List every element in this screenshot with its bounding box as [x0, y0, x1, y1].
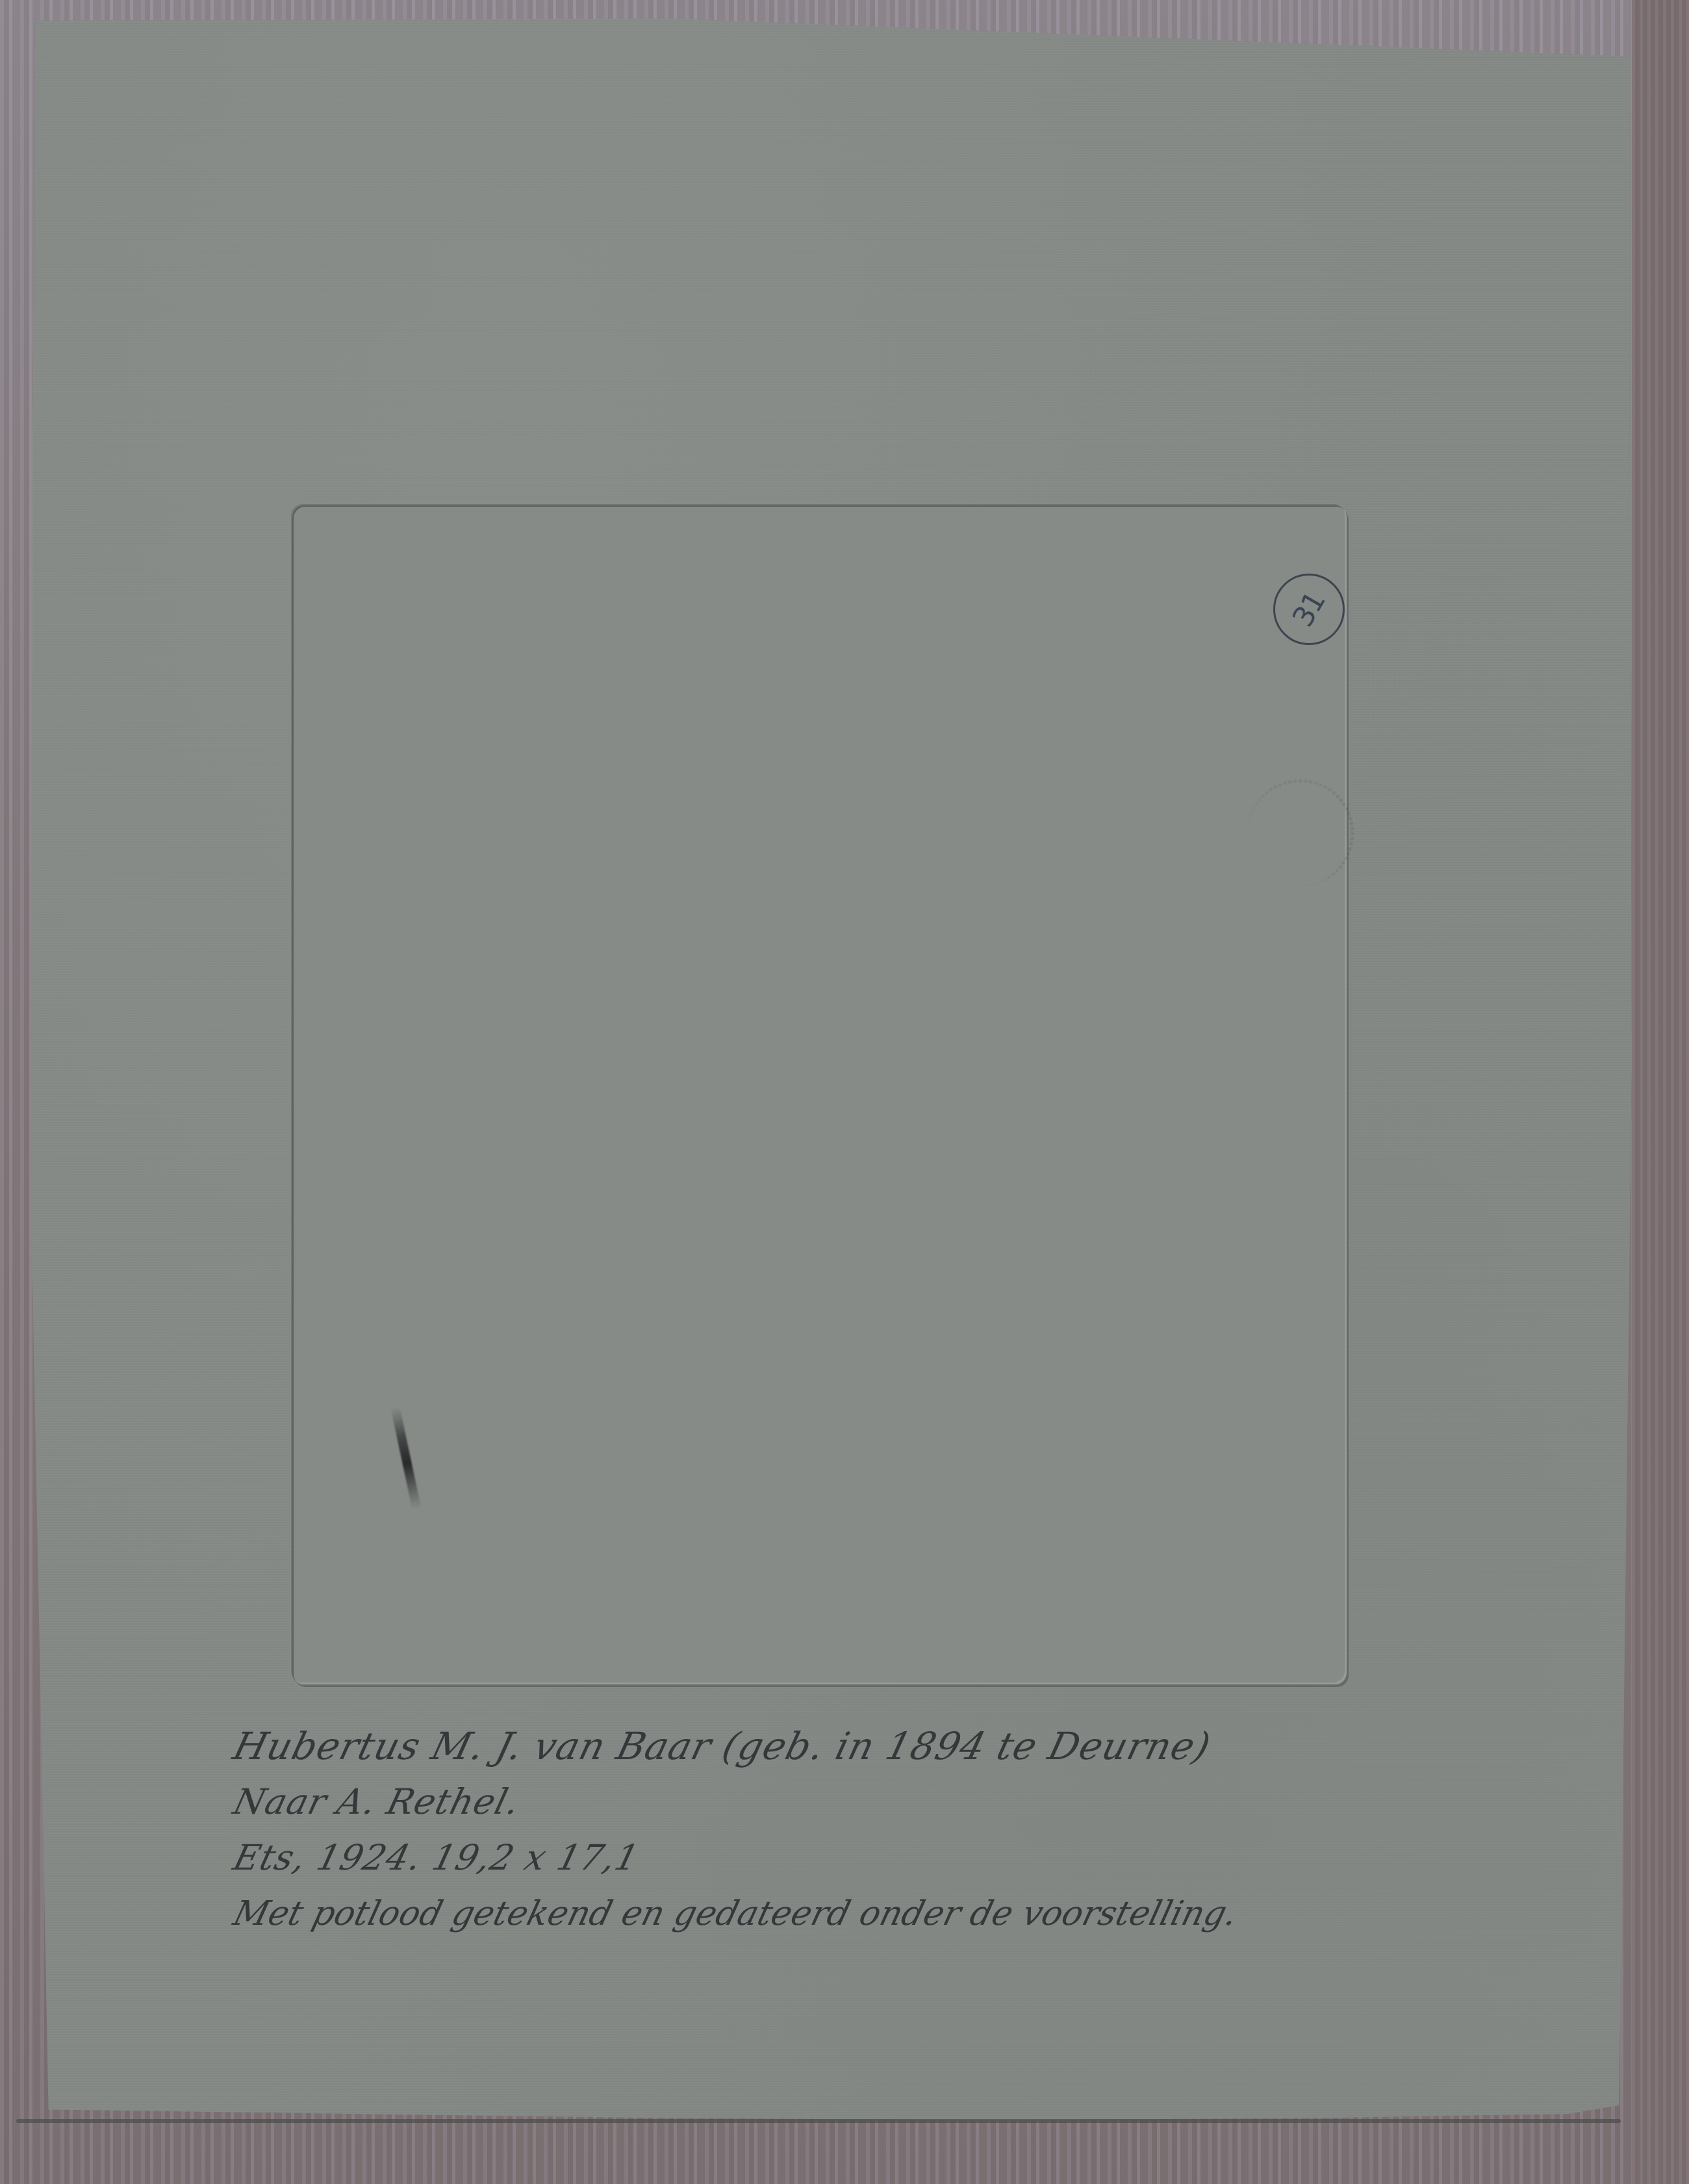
plate-mark [292, 505, 1347, 1684]
annotation-technique-line: Ets, 1924. 19,2 x 17,1 [227, 1830, 1345, 1886]
show-through-marks [1247, 780, 1354, 886]
circled-number-text: 31 [1286, 587, 1332, 633]
handwritten-annotations: Hubertus M. J. van Baar (geb. in 1894 te… [227, 1718, 1332, 1942]
annotation-artist-line: Hubertus M. J. van Baar (geb. in 1894 te… [227, 1718, 1345, 1774]
annotation-after-line: Naar A. Rethel. [227, 1774, 1345, 1830]
circled-number-mark: 31 [1273, 574, 1345, 645]
paper-deckle-edge [16, 2119, 1621, 2123]
annotation-signature-note: Met potlood getekend en gedateerd onder … [227, 1886, 1345, 1942]
wood-board-right [1632, 0, 1689, 2184]
